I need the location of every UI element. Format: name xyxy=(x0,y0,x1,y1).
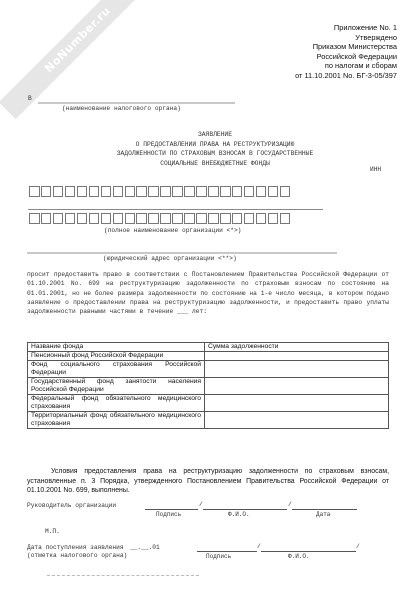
char-box[interactable] xyxy=(136,213,147,224)
org-name-boxes-row-2[interactable] xyxy=(29,213,290,224)
debt-amount-cell[interactable] xyxy=(205,412,389,429)
char-box[interactable] xyxy=(148,186,159,197)
table-row: Фонд социального страхования Российской … xyxy=(28,361,389,378)
fund-name: Государственный фонд занятости населения… xyxy=(28,378,205,395)
fund-name: Пенсионный фонд Российской Федерации xyxy=(28,352,205,361)
char-box[interactable] xyxy=(89,213,100,224)
char-box[interactable] xyxy=(125,213,136,224)
title-line: СОЦИАЛЬНЫЕ ВНЕБЮДЖЕТНЫЕ ФОНДЫ xyxy=(40,159,390,169)
seal-label: М.П. xyxy=(45,528,60,535)
tax-authority-input-line[interactable] xyxy=(38,102,235,104)
char-box[interactable] xyxy=(256,186,267,197)
request-paragraph: просит предоставить право в соответствии… xyxy=(27,270,389,316)
header-debt-amount: Сумма задолженности xyxy=(205,343,389,352)
table-row: Пенсионный фонд Российской Федерации xyxy=(28,352,389,361)
char-box[interactable] xyxy=(125,186,136,197)
title-line: О ПРЕДОСТАВЛЕНИИ ПРАВА НА РЕСТРУКТУРИЗАЦ… xyxy=(40,140,390,150)
char-box[interactable] xyxy=(29,186,40,197)
title-line: ЗАЯВЛЕНИЕ xyxy=(40,130,390,140)
receipt-sublabel: (отметка налогового органа) xyxy=(27,552,127,559)
table-header-row: Название фонда Сумма задолженности xyxy=(28,343,389,352)
char-box[interactable] xyxy=(65,186,76,197)
legal-address-input-line[interactable] xyxy=(27,252,337,254)
char-box[interactable] xyxy=(89,186,100,197)
char-box[interactable] xyxy=(208,186,219,197)
addressee-prefix: В xyxy=(28,95,32,102)
table-row: Территориальный фонд обязательного медиц… xyxy=(28,412,389,429)
char-box[interactable] xyxy=(280,213,291,224)
char-box[interactable] xyxy=(41,213,52,224)
date-caption: Дата xyxy=(316,511,330,518)
char-box[interactable] xyxy=(244,213,255,224)
receipt-fio-line[interactable] xyxy=(261,544,356,552)
table-row: Государственный фонд занятости населения… xyxy=(28,378,389,395)
approval-header: Приложение No. 1 Утверждено Приказом Мин… xyxy=(295,23,397,81)
debt-amount-cell[interactable] xyxy=(205,361,389,378)
tax-authority-caption: (наименование налогового органа) xyxy=(62,105,181,112)
char-box[interactable] xyxy=(196,213,207,224)
conditions-paragraph: Условия предоставления права на реструкт… xyxy=(27,467,389,496)
char-box[interactable] xyxy=(101,186,112,197)
char-box[interactable] xyxy=(101,213,112,224)
header-line: по налогам и сборам xyxy=(295,61,397,71)
funds-table: Название фонда Сумма задолженности Пенси… xyxy=(27,342,389,429)
char-box[interactable] xyxy=(172,186,183,197)
char-box[interactable] xyxy=(77,213,88,224)
char-box[interactable] xyxy=(196,186,207,197)
char-box[interactable] xyxy=(184,213,195,224)
header-fund-name: Название фонда xyxy=(28,343,205,352)
char-box[interactable] xyxy=(256,213,267,224)
debt-amount-cell[interactable] xyxy=(205,378,389,395)
char-box[interactable] xyxy=(280,186,291,197)
receipt-signature-caption: Подпись xyxy=(206,553,231,560)
director-date-line[interactable] xyxy=(292,502,357,510)
receipt-date-label: Дата поступления заявления xyxy=(27,544,124,551)
char-box[interactable] xyxy=(53,213,64,224)
char-box[interactable] xyxy=(160,186,171,197)
char-box[interactable] xyxy=(172,213,183,224)
fund-name: Фонд социального страхования Российской … xyxy=(28,361,205,378)
char-box[interactable] xyxy=(220,186,231,197)
header-line: Утверждено xyxy=(295,33,397,43)
receipt-signature-line[interactable] xyxy=(197,544,257,552)
char-box[interactable] xyxy=(232,213,243,224)
char-box[interactable] xyxy=(232,186,243,197)
char-box[interactable] xyxy=(41,186,52,197)
char-box[interactable] xyxy=(268,186,279,197)
debt-amount-cell[interactable] xyxy=(205,395,389,412)
header-line: Приложение No. 1 xyxy=(295,23,397,33)
org-name-caption: (полное наименование организации <*>) xyxy=(104,227,241,234)
director-signature-line[interactable] xyxy=(145,502,198,510)
debt-amount-cell[interactable] xyxy=(205,352,389,361)
char-box[interactable] xyxy=(244,186,255,197)
header-line: Приказом Министерства xyxy=(295,42,397,52)
receipt-date-field[interactable]: __.__.01 xyxy=(130,544,160,551)
fio-caption: Ф.И.О. xyxy=(228,511,250,518)
receipt-fio-caption: Ф.И.О. xyxy=(288,553,310,560)
char-box[interactable] xyxy=(184,186,195,197)
document-title: ЗАЯВЛЕНИЕ О ПРЕДОСТАВЛЕНИИ ПРАВА НА РЕСТ… xyxy=(40,130,390,168)
char-box[interactable] xyxy=(268,213,279,224)
org-name-boxes-row-1[interactable] xyxy=(29,186,290,197)
footnote-separator xyxy=(47,575,199,576)
char-box[interactable] xyxy=(208,213,219,224)
fund-name: Федеральный фонд обязательного медицинск… xyxy=(28,395,205,412)
char-box[interactable] xyxy=(136,186,147,197)
inn-label: ИНН xyxy=(370,166,381,173)
char-box[interactable] xyxy=(113,213,124,224)
char-box[interactable] xyxy=(53,186,64,197)
char-box[interactable] xyxy=(160,213,171,224)
header-line: от 11.10.2001 No. БГ-3-05/397 xyxy=(295,71,397,81)
char-box[interactable] xyxy=(65,213,76,224)
divider xyxy=(28,209,323,210)
director-label: Руководитель организации xyxy=(27,502,116,509)
fund-name: Территориальный фонд обязательного медиц… xyxy=(28,412,205,429)
char-box[interactable] xyxy=(220,213,231,224)
director-fio-line[interactable] xyxy=(203,502,287,510)
char-box[interactable] xyxy=(29,213,40,224)
char-box[interactable] xyxy=(148,213,159,224)
title-line: ЗАДОЛЖЕННОСТИ ПО СТРАХОВЫМ ВЗНОСАМ В ГОС… xyxy=(40,149,390,159)
signature-caption: Подпись xyxy=(156,511,181,518)
table-row: Федеральный фонд обязательного медицинск… xyxy=(28,395,389,412)
header-line: Российской Федерации xyxy=(295,52,397,62)
legal-address-caption: (юридический адрес организации <**>) xyxy=(103,255,237,262)
char-box[interactable] xyxy=(113,186,124,197)
char-box[interactable] xyxy=(77,186,88,197)
